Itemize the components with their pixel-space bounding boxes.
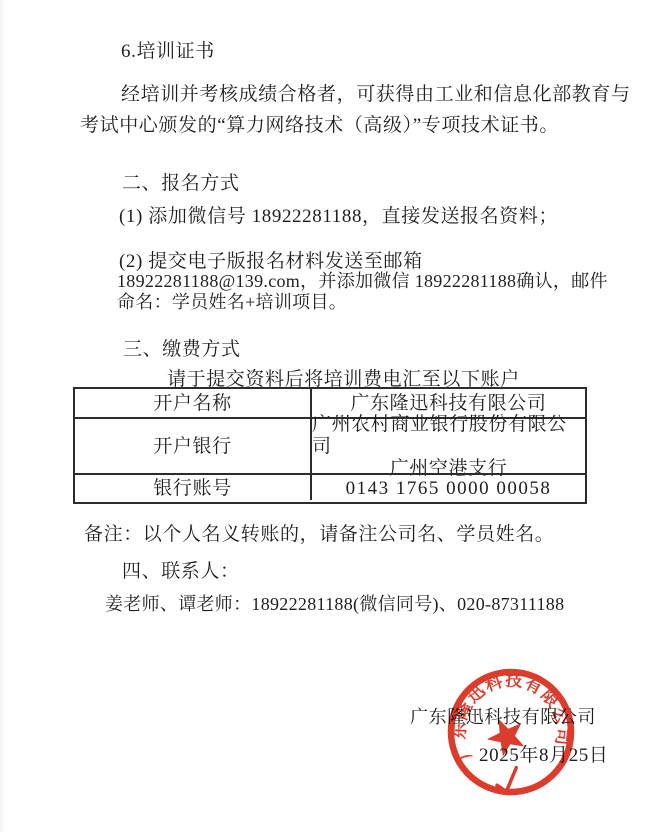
company-seal-stamp: 广东隆迅科技有限公司 bbox=[430, 650, 600, 820]
contact-line: 姜老师、谭老师：18922281188(微信同号)、020-87311188 bbox=[105, 590, 564, 616]
account-number-value: 0143 1765 0000 00058 bbox=[346, 478, 552, 500]
section6-title: 6.培训证书 bbox=[121, 36, 215, 63]
payment-remark: 备注：以个人名义转账的，请备注公司名、学员姓名。 bbox=[84, 519, 554, 546]
section3-heading: 三、缴费方式 bbox=[123, 334, 241, 361]
bank-account-table: 开户名称 广东隆迅科技有限公司 开户银行 广州农村商业银行股份有限公司 广州空港… bbox=[73, 387, 587, 504]
account-name-value: 广东隆迅科技有限公司 bbox=[350, 393, 546, 415]
account-number-label: 银行账号 bbox=[153, 478, 231, 500]
table-row-label-account-name: 开户名称 bbox=[75, 389, 310, 417]
table-row-value-account-number: 0143 1765 0000 00058 bbox=[310, 473, 585, 500]
table-row-value-bank: 广州农村商业银行股份有限公司 广州空港支行 bbox=[310, 417, 585, 473]
section2-heading: 二、报名方式 bbox=[122, 168, 240, 195]
scan-edge-shadow bbox=[0, 0, 6, 832]
signature-date: 2025年8月25日 bbox=[479, 740, 609, 767]
section6-paragraph-line1: 经培训并考核成绩合格者，可获得由工业和信息化部教育与 bbox=[121, 79, 631, 106]
section4-heading: 四、联系人： bbox=[122, 556, 240, 583]
signature-company: 广东隆迅科技有限公司 bbox=[410, 703, 596, 729]
table-row-label-bank: 开户银行 bbox=[75, 417, 310, 473]
account-name-label: 开户名称 bbox=[153, 393, 231, 415]
stamp-check-mark bbox=[495, 768, 520, 793]
stamp-ring bbox=[441, 662, 580, 801]
bank-label: 开户银行 bbox=[153, 436, 231, 458]
table-row-label-account-number: 银行账号 bbox=[75, 473, 310, 500]
bank-value-line1: 广州农村商业银行股份有限公司 bbox=[312, 414, 585, 458]
stamp-group: 广东隆迅科技有限公司 bbox=[438, 660, 582, 802]
registration-item2-line3: 命名：学员姓名+培训项目。 bbox=[117, 288, 347, 314]
table-row-value-account-name: 广东隆迅科技有限公司 bbox=[310, 389, 585, 417]
section6-paragraph-line2: 考试中心颁发的“算力网络技术（高级）”专项技术证书。 bbox=[80, 110, 559, 137]
document-page: 6.培训证书 经培训并考核成绩合格者，可获得由工业和信息化部教育与 考试中心颁发… bbox=[0, 0, 661, 832]
registration-item1: (1) 添加微信号 18922281188，直接发送报名资料； bbox=[119, 201, 558, 228]
